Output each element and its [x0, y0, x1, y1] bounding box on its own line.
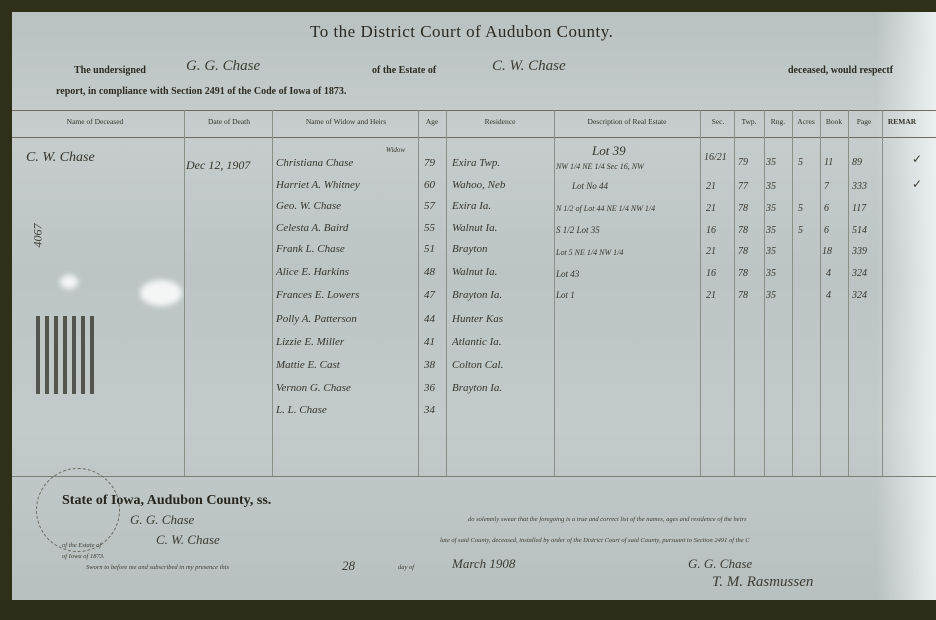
heir-name: Polly A. Patterson: [276, 313, 357, 325]
column-divider: [734, 110, 735, 476]
estate-rng: 35: [766, 246, 776, 257]
col-widow-and-heirs: Name of Widow and Heirs: [274, 117, 418, 126]
estate-book: 7: [824, 181, 829, 192]
ink-stamp: [36, 316, 94, 394]
estate-page: 324: [852, 290, 867, 301]
heir-name: Celesta A. Baird: [276, 222, 348, 234]
col-twp: Twp.: [734, 117, 764, 126]
col-book: Book: [820, 117, 848, 126]
heir-name: Lizzie E. Miller: [276, 336, 344, 348]
heir-age: 38: [424, 359, 435, 371]
affidavit-estate-name: C. W. Chase: [156, 532, 220, 548]
estate-twp: 78: [738, 225, 748, 236]
heir-name: Christiana Chase: [276, 157, 353, 169]
column-divider: [882, 110, 883, 476]
col-remarks: REMAR: [882, 117, 922, 126]
estate-book: 4: [826, 268, 831, 279]
estate-twp: 77: [738, 181, 748, 192]
estate-book: 11: [824, 157, 833, 168]
column-divider: [418, 110, 419, 476]
check-mark-icon: ✓: [912, 152, 922, 167]
deceased-name: C. W. Chase: [26, 150, 95, 166]
heir-residence: Brayton Ia.: [452, 382, 502, 394]
estate-description: N 1/2 of Lot 44 NE 1/4 NW 1/4: [556, 204, 655, 213]
estate-page: 89: [852, 157, 862, 168]
col-name-of-deceased: Name of Deceased: [30, 117, 160, 126]
estate-page: 339: [852, 246, 867, 257]
heir-residence: Atlantic Ia.: [452, 336, 502, 348]
heir-age: 47: [424, 289, 435, 301]
column-divider: [184, 110, 185, 476]
estate-twp: 79: [738, 157, 748, 168]
heir-residence: Exira Twp.: [452, 157, 500, 169]
column-divider: [820, 110, 821, 476]
col-residence: Residence: [446, 117, 554, 126]
estate-sec: 21: [706, 290, 716, 301]
sworn-month-year: March 1908: [452, 556, 515, 572]
court-seal: [36, 468, 120, 552]
column-divider: [700, 110, 701, 476]
heir-age: 48: [424, 266, 435, 278]
col-acres: Acres: [792, 117, 820, 126]
col-sec: Sec.: [702, 117, 734, 126]
heir-age: 57: [424, 200, 435, 212]
heir-name: Mattie E. Cast: [276, 359, 340, 371]
estate-sec: 16: [706, 225, 716, 236]
heir-age: 34: [424, 404, 435, 416]
estate-page: 514: [852, 225, 867, 236]
col-page: Page: [848, 117, 880, 126]
table-header: Name of Deceased Date of Death Name of W…: [12, 110, 936, 138]
column-divider: [764, 110, 765, 476]
heir-age: 55: [424, 222, 435, 234]
estate-book: 4: [826, 290, 831, 301]
estate-rng: 35: [766, 203, 776, 214]
light-glare: [60, 275, 78, 289]
check-mark-icon: ✓: [912, 177, 922, 192]
heir-residence: Brayton Ia.: [452, 289, 502, 301]
heir-residence: Wahoo, Neb: [452, 179, 505, 191]
heir-age: 41: [424, 336, 435, 348]
undersigned-label: The undersigned: [74, 65, 146, 76]
oath-text: do solemnly swear that the foregoing is …: [468, 516, 747, 523]
estate-acres: 5: [798, 157, 803, 168]
heir-note: Widow: [386, 146, 405, 154]
day-of-label: day of: [398, 564, 414, 571]
estate-book: 18: [822, 246, 832, 257]
estate-rng: 35: [766, 290, 776, 301]
estate-rng: 35: [766, 181, 776, 192]
compliance-text: report, in compliance with Section 2491 …: [56, 86, 346, 97]
column-divider: [554, 110, 555, 476]
signature-official: T. M. Rasmussen: [712, 574, 813, 591]
estate-description: Lot 1: [556, 290, 575, 300]
heir-name: Vernon G. Chase: [276, 382, 351, 394]
estate-label: of the Estate of: [372, 65, 436, 76]
scan-border: [0, 600, 936, 620]
estate-sec: 21: [706, 203, 716, 214]
column-divider: [446, 110, 447, 476]
heir-residence: Exira Ia.: [452, 200, 491, 212]
oath-text-2: late of said County, deceased, installed…: [440, 537, 750, 544]
estate-sec: 16/21: [704, 152, 727, 163]
heir-residence: Colton Cal.: [452, 359, 503, 371]
estate-acres: 5: [798, 203, 803, 214]
col-description: Description of Real Estate: [554, 117, 700, 126]
estate-book: 6: [824, 203, 829, 214]
heir-name: L. L. Chase: [276, 404, 327, 416]
sworn-text: Sworn to before me and subscribed in my …: [86, 564, 229, 571]
estate-sec: 21: [706, 181, 716, 192]
estate-twp: 78: [738, 268, 748, 279]
affidavit-heading: State of Iowa, Audubon County, ss.: [62, 493, 271, 509]
estate-description: NW 1/4 NE 1/4 Sec 16, NW: [556, 162, 644, 171]
heir-name: Frank L. Chase: [276, 243, 345, 255]
heir-name: Harriet A. Whitney: [276, 179, 360, 191]
undersigned-name: G. G. Chase: [186, 58, 260, 75]
estate-twp: 78: [738, 203, 748, 214]
estate-rng: 35: [766, 157, 776, 168]
date-of-death: Dec 12, 1907: [186, 158, 250, 173]
estate-page: 333: [852, 181, 867, 192]
heir-residence: Brayton: [452, 243, 487, 255]
estate-name: C. W. Chase: [492, 58, 566, 75]
affiant-signature: G. G. Chase: [130, 512, 194, 528]
estate-twp: 78: [738, 290, 748, 301]
estate-sec: 21: [706, 246, 716, 257]
page-title: To the District Court of Audubon County.: [310, 22, 613, 42]
heir-age: 60: [424, 179, 435, 191]
deceased-label: deceased, would respectf: [788, 65, 893, 76]
estate-page: 324: [852, 268, 867, 279]
col-rng: Rng.: [764, 117, 792, 126]
heir-name: Frances E. Lowers: [276, 289, 359, 301]
estate-sec: 16: [706, 268, 716, 279]
col-age: Age: [418, 117, 446, 126]
heir-name: Alice E. Harkins: [276, 266, 349, 278]
column-divider: [848, 110, 849, 476]
column-divider: [272, 110, 273, 476]
heir-name: Geo. W. Chase: [276, 200, 341, 212]
estate-description: Lot 43: [556, 269, 579, 279]
estate-rng: 35: [766, 268, 776, 279]
estate-description: Lot No 44: [572, 181, 608, 191]
estate-description: S 1/2 Lot 35: [556, 225, 600, 235]
estate-acres: 5: [798, 225, 803, 236]
heir-residence: Hunter Kas: [452, 313, 503, 325]
section-divider: [12, 476, 936, 477]
code-reference: of Iowa of 1873.: [62, 553, 105, 560]
estate-page: 117: [852, 203, 866, 214]
light-glare: [140, 280, 182, 306]
side-annotation: 4067: [31, 224, 46, 248]
heir-age: 79: [424, 157, 435, 169]
estate-book: 6: [824, 225, 829, 236]
heir-residence: Walnut Ia.: [452, 266, 497, 278]
col-date-of-death: Date of Death: [184, 117, 274, 126]
estate-twp: 78: [738, 246, 748, 257]
sworn-day: 28: [342, 558, 355, 574]
column-divider: [792, 110, 793, 476]
heir-age: 51: [424, 243, 435, 255]
heir-age: 44: [424, 313, 435, 325]
heir-age: 36: [424, 382, 435, 394]
heir-residence: Walnut Ia.: [452, 222, 497, 234]
estate-description: Lot 39: [592, 143, 626, 159]
signature-clerk: G. G. Chase: [688, 556, 752, 572]
estate-description: Lot 5 NE 1/4 NW 1/4: [556, 248, 623, 257]
estate-label: of the Estate of: [62, 542, 101, 549]
estate-rng: 35: [766, 225, 776, 236]
